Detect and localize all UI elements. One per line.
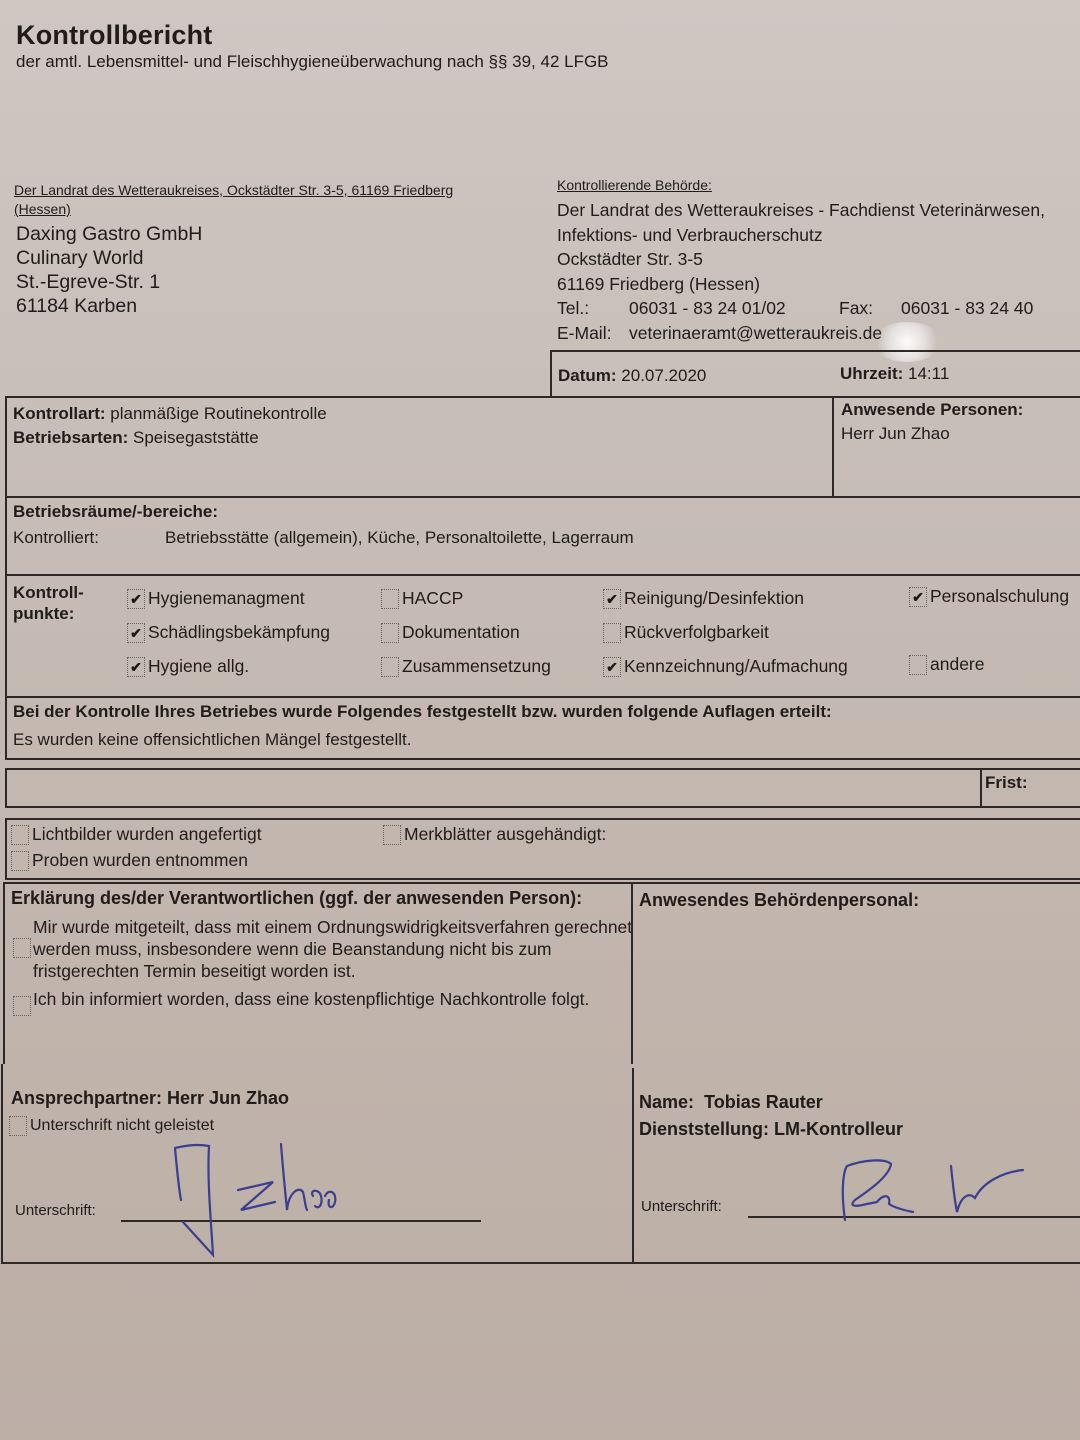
checkpoints-section: Kontroll- punkte: ✔HygienemanagmentHACCP… bbox=[5, 574, 1080, 698]
checkpoint-item[interactable]: Rückverfolgbarkeit bbox=[603, 622, 769, 643]
recipient-name: Culinary World bbox=[16, 246, 202, 270]
photos-checkbox-item[interactable]: Lichtbilder wurden angefertigt bbox=[11, 824, 262, 845]
checkpoint-label: Hygiene allg. bbox=[148, 656, 249, 677]
present-persons-value: Herr Jun Zhao bbox=[841, 424, 950, 444]
time-label: Uhrzeit: bbox=[840, 364, 903, 383]
authority-name: Der Landrat des Wetteraukreises - Fachdi… bbox=[557, 198, 1045, 223]
email-label: E-Mail: bbox=[557, 321, 629, 346]
inspection-type-value: planmäßige Routinekontrolle bbox=[110, 404, 326, 423]
sender-line: Der Landrat des Wetteraukreises, Ockstäd… bbox=[14, 181, 474, 219]
leaflets-label: Merkblätter ausgehändigt: bbox=[404, 824, 606, 845]
leaflets-checkbox-item[interactable]: Merkblätter ausgehändigt: bbox=[383, 824, 606, 845]
checkbox-checked-icon[interactable]: ✔ bbox=[127, 589, 145, 609]
deadline-row: Frist: bbox=[5, 768, 1080, 808]
business-type-label: Betriebsarten: bbox=[13, 428, 128, 447]
contact-signature-scribble bbox=[143, 1130, 373, 1260]
checkbox-checked-icon[interactable]: ✔ bbox=[909, 587, 927, 607]
checkpoint-label: Zusammensetzung bbox=[402, 656, 551, 677]
checkpoint-label: andere bbox=[930, 654, 985, 675]
findings-heading: Bei der Kontrolle Ihres Betriebes wurde … bbox=[13, 702, 832, 722]
checkbox-empty-icon[interactable] bbox=[381, 589, 399, 609]
fax-value: 06031 - 83 24 40 bbox=[901, 296, 1033, 321]
checkpoint-item[interactable]: Dokumentation bbox=[381, 622, 520, 643]
authority-dept: Infektions- und Verbraucherschutz bbox=[557, 223, 1045, 248]
checkbox-checked-icon[interactable]: ✔ bbox=[127, 657, 145, 677]
samples-checkbox-item[interactable]: Proben wurden entnommen bbox=[11, 850, 248, 871]
authority-city: 61169 Friedberg (Hessen) bbox=[557, 272, 1045, 297]
authority-block: Der Landrat des Wetteraukreises - Fachdi… bbox=[557, 198, 1045, 345]
report-subtitle: der amtl. Lebensmittel- und Fleischhygie… bbox=[16, 52, 609, 72]
checkpoint-label: HACCP bbox=[402, 588, 463, 609]
findings-section: Bei der Kontrolle Ihres Betriebes wurde … bbox=[5, 696, 1080, 760]
checkpoint-item[interactable]: ✔Schädlingsbekämpfung bbox=[127, 622, 330, 643]
checkpoint-item[interactable]: ✔Reinigung/Desinfektion bbox=[603, 588, 804, 609]
areas-checked-value: Betriebsstätte (allgemein), Küche, Perso… bbox=[165, 528, 634, 548]
checkpoints-heading-line-2: punkte: bbox=[13, 603, 84, 624]
authority-label: Kontrollierende Behörde: bbox=[557, 177, 712, 193]
samples-label: Proben wurden entnommen bbox=[32, 850, 248, 871]
checkpoint-label: Dokumentation bbox=[402, 622, 520, 643]
time-value: 14:11 bbox=[908, 364, 949, 383]
areas-checked-label: Kontrolliert: bbox=[13, 528, 99, 548]
checkpoint-item[interactable]: HACCP bbox=[381, 588, 463, 609]
inspection-type-label: Kontrollart: bbox=[13, 404, 106, 423]
checkpoint-item[interactable]: andere bbox=[909, 654, 985, 675]
authority-street: Ockstädter Str. 3-5 bbox=[557, 247, 1045, 272]
extras-section: Lichtbilder wurden angefertigt Proben wu… bbox=[5, 818, 1080, 880]
statement-1-checkbox[interactable] bbox=[13, 938, 31, 958]
statement-1-text: Mir wurde mitgeteilt, dass mit einem Ord… bbox=[33, 916, 633, 982]
checkpoints-heading: Kontroll- punkte: bbox=[13, 582, 84, 624]
present-persons-cell: Anwesende Personen: Herr Jun Zhao bbox=[832, 396, 1080, 496]
inspector-role-label: Dienststellung: bbox=[639, 1119, 769, 1139]
inspector-name-label: Name: bbox=[639, 1092, 694, 1112]
checkpoint-item[interactable]: ✔Hygienemanagment bbox=[127, 588, 305, 609]
inspector-signature-label: Unterschrift: bbox=[641, 1198, 722, 1215]
email-value[interactable]: veterinaeramt@wetteraukreis.de bbox=[629, 321, 882, 346]
not-signed-checkbox[interactable] bbox=[9, 1116, 27, 1136]
checkbox-empty-icon[interactable] bbox=[381, 657, 399, 677]
checkpoint-item[interactable]: ✔Hygiene allg. bbox=[127, 656, 249, 677]
fax-label: Fax: bbox=[839, 296, 901, 321]
checkpoint-item[interactable]: Zusammensetzung bbox=[381, 656, 551, 677]
checkpoint-item[interactable]: ✔Personalschulung bbox=[909, 586, 1069, 607]
present-persons-label: Anwesende Personen: bbox=[841, 400, 1023, 420]
samples-checkbox[interactable] bbox=[11, 851, 29, 871]
authority-email-row: E-Mail: veterinaeramt@wetteraukreis.de bbox=[557, 321, 1045, 346]
tel-label: Tel.: bbox=[557, 296, 629, 321]
authority-staff-heading: Anwesendes Behördenpersonal: bbox=[639, 890, 919, 911]
recipient-company: Daxing Gastro GmbH bbox=[16, 222, 202, 246]
photos-checkbox[interactable] bbox=[11, 825, 29, 845]
checkpoint-item[interactable]: ✔Kennzeichnung/Aufmachung bbox=[603, 656, 848, 677]
contact-signature-label: Unterschrift: bbox=[15, 1202, 96, 1219]
declaration-section: Erklärung des/der Verantwortlichen (ggf.… bbox=[3, 882, 1080, 1064]
areas-section: Betriebsräume/-bereiche: Kontrolliert: B… bbox=[5, 496, 1080, 576]
deadline-divider bbox=[980, 768, 982, 808]
checkpoint-label: Kennzeichnung/Aufmachung bbox=[624, 656, 848, 677]
date-value: 20.07.2020 bbox=[621, 366, 706, 385]
inspector-signature-scribble bbox=[833, 1152, 1033, 1232]
photos-label: Lichtbilder wurden angefertigt bbox=[32, 824, 262, 845]
checkpoint-label: Reinigung/Desinfektion bbox=[624, 588, 804, 609]
findings-text: Es wurden keine offensichtlichen Mängel … bbox=[13, 730, 411, 750]
statement-2-checkbox[interactable] bbox=[13, 996, 31, 1016]
recipient-city: 61184 Karben bbox=[16, 294, 202, 318]
contact-person: Ansprechpartner: Herr Jun Zhao bbox=[11, 1088, 289, 1109]
declaration-heading: Erklärung des/der Verantwortlichen (ggf.… bbox=[11, 888, 582, 909]
checkbox-empty-icon[interactable] bbox=[909, 655, 927, 675]
recipient-street: St.-Egreve-Str. 1 bbox=[16, 270, 202, 294]
checkpoint-label: Hygienemanagment bbox=[148, 588, 305, 609]
checkpoint-label: Personalschulung bbox=[930, 586, 1069, 607]
date-label: Datum: bbox=[558, 366, 617, 385]
checkpoint-label: Rückverfolgbarkeit bbox=[624, 622, 769, 643]
checkbox-empty-icon[interactable] bbox=[381, 623, 399, 643]
checkbox-checked-icon[interactable]: ✔ bbox=[127, 623, 145, 643]
inspection-type-section: Kontrollart: planmäßige Routinekontrolle… bbox=[5, 396, 1080, 498]
recipient-address: Daxing Gastro GmbH Culinary World St.-Eg… bbox=[16, 222, 202, 318]
statement-2-text: Ich bin informiert worden, dass eine kos… bbox=[33, 988, 633, 1010]
report-title: Kontrollbericht bbox=[16, 20, 213, 51]
inspector-name: Tobias Rauter bbox=[704, 1092, 823, 1112]
business-type-value: Speisegaststätte bbox=[133, 428, 259, 447]
checkpoint-label: Schädlingsbekämpfung bbox=[148, 622, 330, 643]
areas-heading: Betriebsräume/-bereiche: bbox=[13, 502, 218, 522]
datetime-box: Datum: 20.07.2020 Uhrzeit: 14:11 bbox=[550, 350, 1080, 398]
checkbox-checked-icon[interactable]: ✔ bbox=[603, 589, 621, 609]
checkpoints-heading-line-1: Kontroll- bbox=[13, 582, 84, 603]
leaflets-checkbox[interactable] bbox=[383, 825, 401, 845]
signature-divider bbox=[632, 1068, 634, 1264]
checkbox-checked-icon[interactable]: ✔ bbox=[603, 657, 621, 677]
inspector-role: LM-Kontrolleur bbox=[774, 1119, 903, 1139]
signature-section: Ansprechpartner: Herr Jun Zhao Unterschr… bbox=[1, 1064, 1080, 1264]
checkbox-empty-icon[interactable] bbox=[603, 623, 621, 643]
deadline-label: Frist: bbox=[985, 773, 1028, 793]
tel-value: 06031 - 83 24 01/02 bbox=[629, 296, 839, 321]
authority-phone-row: Tel.: 06031 - 83 24 01/02 Fax: 06031 - 8… bbox=[557, 296, 1045, 321]
